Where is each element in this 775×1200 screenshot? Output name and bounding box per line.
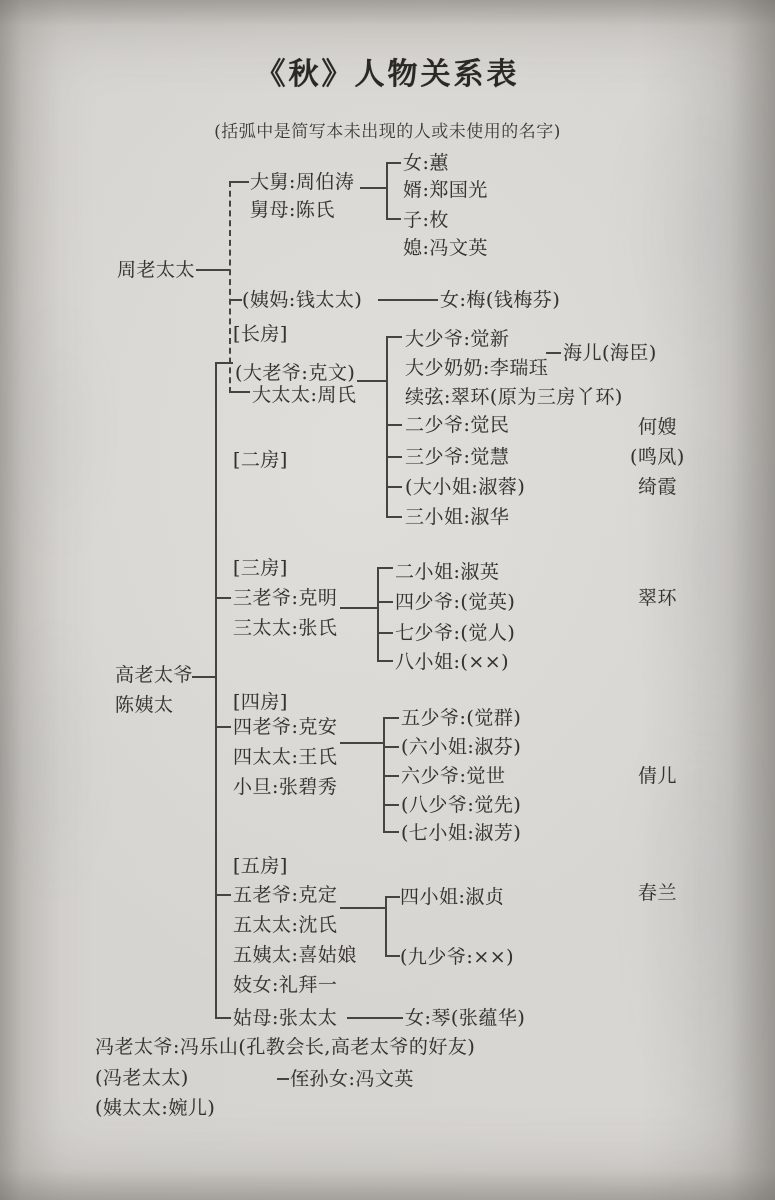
line-tick-haier xyxy=(546,352,561,354)
line-corner-gumu xyxy=(215,1017,231,1019)
line-tick-juequn xyxy=(383,717,399,719)
line-tick-grandniece xyxy=(277,1078,289,1080)
person-juemin: 二少爷:觉民 xyxy=(405,413,509,437)
person-mei-son: 子:枚 xyxy=(403,208,449,232)
line-tick-daughter-hui xyxy=(386,162,401,164)
servant-chunlan: 春兰 xyxy=(638,881,677,905)
person-gumu-zhang: 姑母:张太太 xyxy=(233,1006,337,1030)
person-aunt-qian: (姨妈:钱太太) xyxy=(242,288,362,312)
person-branch5-mother: 五太太:沈氏 xyxy=(233,913,337,937)
line-tick-eldest-uncle xyxy=(230,181,249,183)
line-tick-aunt-qian xyxy=(229,299,242,301)
line-tick-shufang xyxy=(383,831,399,833)
page-subtitle: (括弧中是简写本未出现的人或未使用的名字) xyxy=(0,121,775,143)
person-branch3-mother: 三太太:张氏 xyxy=(233,616,337,640)
person-branch1-father: (大老爷:克文) xyxy=(235,361,355,385)
servant-qixia: 绮霞 xyxy=(638,475,677,499)
servant-cuihuan: 翠环 xyxy=(638,586,677,610)
line-uncle-couple-connector xyxy=(360,187,386,189)
line-tick-branch3 xyxy=(215,597,231,599)
person-feng-wenying-grandniece: 侄孙女:冯文英 xyxy=(290,1067,414,1091)
line-tick-son-mei xyxy=(386,218,401,220)
person-cuihuan-second-wife: 续弦:翠环(原为三房丫环) xyxy=(405,385,623,409)
servant-mingfeng: (鸣凤) xyxy=(630,445,685,469)
person-uncle-wife: 舅母:陈氏 xyxy=(250,198,335,222)
person-eldest-uncle: 大舅:周伯涛 xyxy=(250,170,354,194)
line-tick-shuhua xyxy=(386,516,402,518)
person-libaiyi: 妓女:礼拜一 xyxy=(233,973,337,997)
line-branch5-children-bracket xyxy=(385,896,387,957)
person-ninth-son: (九少爷:××) xyxy=(400,945,514,969)
person-shuhua: 三小姐:淑华 xyxy=(405,505,509,529)
person-qin-zhangyunhua: 女:琴(张蕴华) xyxy=(405,1006,525,1030)
person-hui: 女:蕙 xyxy=(403,151,449,175)
line-zhou-matriarch xyxy=(196,269,230,271)
person-feng-laotaitai: (冯老太太) xyxy=(95,1066,189,1090)
line-tick-branch4 xyxy=(215,726,231,728)
line-tick-juehui xyxy=(386,456,402,458)
label-branch4: [四房] xyxy=(233,690,288,714)
line-branch3-children-bracket xyxy=(377,567,379,662)
person-branch4-mother: 四太太:王氏 xyxy=(233,745,337,769)
line-uncle-children-bracket xyxy=(386,162,388,220)
person-mei-qianmeifen: 女:梅(钱梅芬) xyxy=(440,288,560,312)
person-shufang: (七小姐:淑芳) xyxy=(401,821,521,845)
person-chen-concubine: 陈姨太 xyxy=(115,693,174,717)
person-jueshi: 六少爷:觉世 xyxy=(401,764,505,788)
line-branch4-couple-connector xyxy=(340,742,383,744)
person-zhang-bixiu: 小旦:张碧秀 xyxy=(233,775,337,799)
page-title: 《秋》人物关系表 xyxy=(0,58,775,92)
person-juexin: 大少爷:觉新 xyxy=(405,327,509,351)
person-juehui: 三少爷:觉慧 xyxy=(405,445,509,469)
person-branch4-father: 四老爷:克安 xyxy=(233,715,337,739)
person-li-ruijue: 大少奶奶:李瑞珏 xyxy=(405,356,548,380)
person-feng-wenying-wife: 媳:冯文英 xyxy=(403,236,488,260)
line-tick-first-mother xyxy=(229,391,250,393)
person-branch3-father: 三老爷:克明 xyxy=(233,586,337,610)
line-branch1-children-bracket xyxy=(386,336,388,518)
line-tick-branch5 xyxy=(215,894,231,896)
line-tick-juexian xyxy=(383,804,399,806)
label-branch3: [三房] xyxy=(233,556,288,580)
line-tick-shurong xyxy=(386,486,402,488)
person-shuzhen: 四小姐:淑贞 xyxy=(400,885,504,909)
person-shufen: (六小姐:淑芬) xyxy=(401,735,521,759)
label-branch1: [长房] xyxy=(233,322,288,346)
line-branch1-couple-connector xyxy=(357,380,386,382)
line-aunt-to-mei xyxy=(378,299,438,301)
person-zhou-matriarch: 周老太太 xyxy=(117,258,195,282)
person-jueying: 四少爷:(觉英) xyxy=(395,590,515,614)
line-tick-jueying xyxy=(377,601,393,603)
line-gao-patriarch xyxy=(192,676,215,678)
line-tick-shuying xyxy=(377,567,393,569)
line-tick-jueren xyxy=(377,632,393,634)
servant-qianer: 倩儿 xyxy=(638,764,677,788)
label-branch2: [二房] xyxy=(233,448,288,472)
line-tick-ninth-son xyxy=(385,955,400,957)
person-yitaitai-waner: (姨太太:婉儿) xyxy=(95,1096,215,1120)
person-xi-guniang: 五姨太:喜姑娘 xyxy=(233,943,357,967)
person-zheng-guoguang: 婿:郑国光 xyxy=(403,178,488,202)
person-gao-patriarch: 高老太爷 xyxy=(115,663,193,687)
servant-hesao: 何嫂 xyxy=(638,415,677,439)
person-branch5-father: 五老爷:克定 xyxy=(233,883,337,907)
line-tick-juexin xyxy=(386,336,402,338)
person-jueren: 七少爷:(觉人) xyxy=(395,621,515,645)
person-shuying: 二小姐:淑英 xyxy=(395,560,499,584)
person-shurong: (大小姐:淑蓉) xyxy=(405,475,525,499)
person-juexian: (八少爷:觉先) xyxy=(401,793,521,817)
person-eighth-miss: 八小姐:(××) xyxy=(395,650,509,674)
person-haier: 海儿(海臣) xyxy=(563,341,657,365)
line-tick-jueshi xyxy=(383,775,399,777)
person-feng-leshan: 冯老太爷:冯乐山(孔教会长,高老太爷的好友) xyxy=(95,1035,475,1059)
line-gumu-to-qin xyxy=(347,1017,403,1019)
line-tick-eighth-miss xyxy=(377,660,393,662)
line-tick-juemin xyxy=(386,424,402,426)
line-gao-main-vertical xyxy=(215,362,217,1019)
label-branch5: [五房] xyxy=(233,854,288,878)
line-corner-branch1 xyxy=(215,362,233,364)
line-branch3-couple-connector xyxy=(340,607,377,609)
person-branch1-mother: 大太太:周氏 xyxy=(252,383,356,407)
scanned-book-page: 《秋》人物关系表 (括弧中是简写本未出现的人或未使用的名字) 周老太太 大舅:周… xyxy=(0,0,775,1200)
person-juequn: 五少爷:(觉群) xyxy=(401,706,521,730)
line-branch5-couple-connector xyxy=(340,907,385,909)
line-tick-shufen xyxy=(383,746,399,748)
line-tick-shuzhen xyxy=(385,896,400,898)
